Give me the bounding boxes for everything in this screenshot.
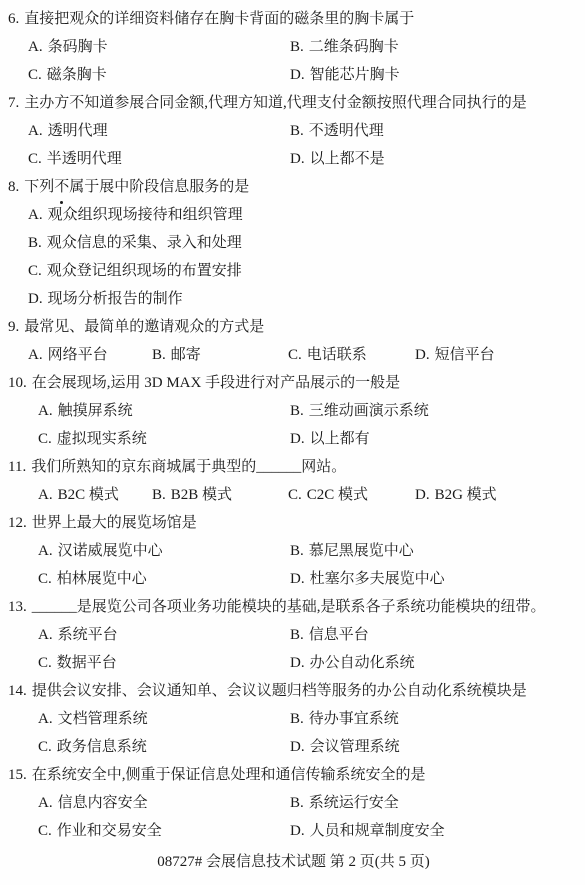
option-a: A.B2C 模式 [38, 481, 152, 509]
option-b-text: 系统运行安全 [309, 795, 399, 811]
option-c-text: 数据平台 [57, 655, 117, 671]
question-11-text: 我们所熟知的京东商城属于典型的______网站。 [31, 459, 346, 475]
option-c-text: 政务信息系统 [57, 739, 147, 755]
option-c-label: C. [38, 739, 52, 755]
question-13-options: A.系统平台 B.信息平台 C.数据平台 D.办公自动化系统 [8, 621, 579, 677]
option-c-label: C. [288, 347, 302, 363]
option-b-label: B. [290, 711, 304, 727]
option-b-text: 二维条码胸卡 [309, 39, 399, 55]
option-a: A.系统平台 [38, 621, 290, 649]
option-a-label: A. [38, 403, 53, 419]
exam-page: 6.直接把观众的详细资料储存在胸卡背面的磁条里的胸卡属于 A.条码胸卡 B.二维… [0, 0, 585, 876]
question-15: 15.在系统安全中,侧重于保证信息处理和通信传输系统安全的是 A.信息内容安全 … [8, 761, 579, 845]
option-c-label: C. [288, 487, 302, 503]
option-c: C.半透明代理 [28, 145, 290, 173]
option-d-text: B2G 模式 [435, 487, 497, 503]
option-d-text: 杜塞尔多夫展览中心 [310, 571, 445, 587]
question-12-number: 12. [8, 515, 27, 531]
option-c-text: C2C 模式 [307, 487, 368, 503]
option-a: A.汉诺威展览中心 [38, 537, 290, 565]
question-8-stem: 8.下列不属于展中阶段信息服务的是 [8, 173, 579, 201]
option-d-text: 会议管理系统 [310, 739, 400, 755]
option-b: B.慕尼黑展览中心 [290, 537, 579, 565]
option-c-label: C. [38, 431, 52, 447]
option-a-text: B2C 模式 [58, 487, 119, 503]
question-12: 12.世界上最大的展览场馆是 A.汉诺威展览中心 B.慕尼黑展览中心 C.柏林展… [8, 509, 579, 593]
option-d: D.以上都不是 [290, 145, 579, 173]
option-c-label: C. [28, 151, 42, 167]
question-10-stem: 10.在会展现场,运用 3D MAX 手段进行对产品展示的一般是 [8, 369, 579, 397]
option-a-label: A. [38, 487, 53, 503]
question-10-text: 在会展现场,运用 3D MAX 手段进行对产品展示的一般是 [32, 375, 400, 391]
question-8-emphasized-char: 不 [54, 173, 69, 201]
option-a-text: 观众组织现场接待和组织管理 [48, 207, 243, 223]
option-a-text: 系统平台 [58, 627, 118, 643]
option-c-text: 半透明代理 [47, 151, 122, 167]
question-11-number: 11. [8, 459, 26, 475]
option-a-text: 汉诺威展览中心 [58, 543, 163, 559]
question-11-stem: 11.我们所熟知的京东商城属于典型的______网站。 [8, 453, 579, 481]
option-b-text: 邮寄 [171, 347, 201, 363]
option-c: C.观众登记组织现场的布置安排 [28, 257, 579, 285]
option-b: B.邮寄 [152, 341, 288, 369]
question-10-number: 10. [8, 375, 27, 391]
question-14-text: 提供会议安排、会议通知单、会议议题归档等服务的办公自动化系统模块是 [32, 683, 527, 699]
option-c: C.柏林展览中心 [38, 565, 290, 593]
option-d-label: D. [290, 431, 305, 447]
option-d-text: 办公自动化系统 [310, 655, 415, 671]
option-d: D.人员和规章制度安全 [290, 817, 579, 845]
option-a-label: A. [38, 711, 53, 727]
option-a-label: A. [28, 207, 43, 223]
question-9-text: 最常见、最简单的邀请观众的方式是 [24, 319, 264, 335]
question-9: 9.最常见、最简单的邀请观众的方式是 A.网络平台 B.邮寄 C.电话联系 D.… [8, 313, 579, 369]
option-a-text: 触摸屏系统 [58, 403, 133, 419]
question-6: 6.直接把观众的详细资料储存在胸卡背面的磁条里的胸卡属于 A.条码胸卡 B.二维… [8, 5, 579, 89]
option-b: B.系统运行安全 [290, 789, 579, 817]
option-b: B.B2B 模式 [152, 481, 288, 509]
option-b-label: B. [290, 795, 304, 811]
option-b-text: 三维动画演示系统 [309, 403, 429, 419]
option-c-label: C. [38, 571, 52, 587]
option-a-label: A. [38, 543, 53, 559]
option-c: C.磁条胸卡 [28, 61, 290, 89]
question-14-number: 14. [8, 683, 27, 699]
question-13-stem: 13.______是展览公司各项业务功能模块的基础,是联系各子系统功能模块的纽带… [8, 593, 579, 621]
option-c: C.虚拟现实系统 [38, 425, 290, 453]
option-a-label: A. [38, 795, 53, 811]
option-b: B.待办事宜系统 [290, 705, 579, 733]
option-d: D.智能芯片胸卡 [290, 61, 579, 89]
question-14-options: A.文档管理系统 B.待办事宜系统 C.政务信息系统 D.会议管理系统 [8, 705, 579, 761]
option-c-text: 电话联系 [307, 347, 367, 363]
option-a: A.条码胸卡 [28, 33, 290, 61]
option-d-text: 以上都有 [310, 431, 370, 447]
option-c: C.作业和交易安全 [38, 817, 290, 845]
question-8: 8.下列不属于展中阶段信息服务的是 A.观众组织现场接待和组织管理 B.观众信息… [8, 173, 579, 313]
option-b-label: B. [28, 235, 42, 251]
option-d: D.会议管理系统 [290, 733, 579, 761]
option-d-text: 以上都不是 [310, 151, 385, 167]
question-15-options: A.信息内容安全 B.系统运行安全 C.作业和交易安全 D.人员和规章制度安全 [8, 789, 579, 845]
question-7-text: 主办方不知道参展合同金额,代理方知道,代理支付金额按照代理合同执行的是 [24, 95, 527, 111]
option-d-text: 人员和规章制度安全 [310, 823, 445, 839]
option-b-text: 观众信息的采集、录入和处理 [47, 235, 242, 251]
option-c-text: 柏林展览中心 [57, 571, 147, 587]
option-b-label: B. [290, 123, 304, 139]
option-b: B.观众信息的采集、录入和处理 [28, 229, 579, 257]
question-7: 7.主办方不知道参展合同金额,代理方知道,代理支付金额按照代理合同执行的是 A.… [8, 89, 579, 173]
option-c-text: 观众登记组织现场的布置安排 [47, 263, 242, 279]
question-6-text: 直接把观众的详细资料储存在胸卡背面的磁条里的胸卡属于 [24, 11, 414, 27]
option-d-label: D. [290, 739, 305, 755]
option-d-label: D. [290, 655, 305, 671]
question-8-number: 8. [8, 179, 19, 195]
question-11: 11.我们所熟知的京东商城属于典型的______网站。 A.B2C 模式 B.B… [8, 453, 579, 509]
option-c-text: 作业和交易安全 [57, 823, 162, 839]
option-a-label: A. [28, 39, 43, 55]
option-d: D.办公自动化系统 [290, 649, 579, 677]
option-b: B.三维动画演示系统 [290, 397, 579, 425]
question-8-options: A.观众组织现场接待和组织管理 B.观众信息的采集、录入和处理 C.观众登记组织… [8, 201, 579, 313]
question-6-stem: 6.直接把观众的详细资料储存在胸卡背面的磁条里的胸卡属于 [8, 5, 579, 33]
option-d: D.B2G 模式 [415, 481, 497, 509]
question-15-text: 在系统安全中,侧重于保证信息处理和通信传输系统安全的是 [32, 767, 426, 783]
option-c-text: 磁条胸卡 [47, 67, 107, 83]
option-a-label: A. [28, 123, 43, 139]
option-b: B.信息平台 [290, 621, 579, 649]
question-15-stem: 15.在系统安全中,侧重于保证信息处理和通信传输系统安全的是 [8, 761, 579, 789]
option-a: A.文档管理系统 [38, 705, 290, 733]
option-c-label: C. [38, 823, 52, 839]
question-9-stem: 9.最常见、最简单的邀请观众的方式是 [8, 313, 579, 341]
option-b-label: B. [152, 347, 166, 363]
option-d: D.现场分析报告的制作 [28, 285, 579, 313]
question-14-stem: 14.提供会议安排、会议通知单、会议议题归档等服务的办公自动化系统模块是 [8, 677, 579, 705]
option-d-text: 短信平台 [435, 347, 495, 363]
question-8-text-post: 属于展中阶段信息服务的是 [69, 179, 249, 195]
option-d-label: D. [290, 151, 305, 167]
question-11-options: A.B2C 模式 B.B2B 模式 C.C2C 模式 D.B2G 模式 [8, 481, 579, 509]
option-c: C.C2C 模式 [288, 481, 415, 509]
option-b-text: 待办事宜系统 [309, 711, 399, 727]
page-footer: 08727# 会展信息技术试题 第 2 页(共 5 页) [8, 848, 579, 876]
question-13-number: 13. [8, 599, 27, 615]
question-13: 13.______是展览公司各项业务功能模块的基础,是联系各子系统功能模块的纽带… [8, 593, 579, 677]
option-a-text: 信息内容安全 [58, 795, 148, 811]
option-a-text: 文档管理系统 [58, 711, 148, 727]
option-b: B.二维条码胸卡 [290, 33, 579, 61]
question-6-number: 6. [8, 11, 19, 27]
question-12-text: 世界上最大的展览场馆是 [32, 515, 197, 531]
option-d-label: D. [290, 67, 305, 83]
option-b-text: 信息平台 [309, 627, 369, 643]
option-b: B.不透明代理 [290, 117, 579, 145]
option-b-label: B. [290, 39, 304, 55]
option-d-label: D. [28, 291, 43, 307]
question-10: 10.在会展现场,运用 3D MAX 手段进行对产品展示的一般是 A.触摸屏系统… [8, 369, 579, 453]
question-8-text-pre: 下列 [24, 179, 54, 195]
option-d: D.杜塞尔多夫展览中心 [290, 565, 579, 593]
option-a-label: A. [38, 627, 53, 643]
question-7-number: 7. [8, 95, 19, 111]
option-d: D.短信平台 [415, 341, 495, 369]
option-b-label: B. [290, 543, 304, 559]
question-14: 14.提供会议安排、会议通知单、会议议题归档等服务的办公自动化系统模块是 A.文… [8, 677, 579, 761]
question-12-stem: 12.世界上最大的展览场馆是 [8, 509, 579, 537]
option-b-text: B2B 模式 [171, 487, 232, 503]
option-d-text: 现场分析报告的制作 [48, 291, 183, 307]
option-a-text: 条码胸卡 [48, 39, 108, 55]
option-c: C.政务信息系统 [38, 733, 290, 761]
question-13-text: ______是展览公司各项业务功能模块的基础,是联系各子系统功能模块的纽带。 [32, 599, 546, 615]
option-d-label: D. [290, 823, 305, 839]
question-6-options: A.条码胸卡 B.二维条码胸卡 C.磁条胸卡 D.智能芯片胸卡 [8, 33, 579, 89]
option-a-text: 网络平台 [48, 347, 108, 363]
option-a: A.信息内容安全 [38, 789, 290, 817]
option-c: C.数据平台 [38, 649, 290, 677]
option-c-text: 虚拟现实系统 [57, 431, 147, 447]
option-c-label: C. [28, 67, 42, 83]
option-b-label: B. [290, 627, 304, 643]
question-7-stem: 7.主办方不知道参展合同金额,代理方知道,代理支付金额按照代理合同执行的是 [8, 89, 579, 117]
option-a-label: A. [28, 347, 43, 363]
option-a: A.观众组织现场接待和组织管理 [28, 201, 579, 229]
option-b-label: B. [290, 403, 304, 419]
question-7-options: A.透明代理 B.不透明代理 C.半透明代理 D.以上都不是 [8, 117, 579, 173]
question-12-options: A.汉诺威展览中心 B.慕尼黑展览中心 C.柏林展览中心 D.杜塞尔多夫展览中心 [8, 537, 579, 593]
question-9-number: 9. [8, 319, 19, 335]
option-d: D.以上都有 [290, 425, 579, 453]
option-d-label: D. [415, 347, 430, 363]
option-b-text: 慕尼黑展览中心 [309, 543, 414, 559]
option-a: A.触摸屏系统 [38, 397, 290, 425]
option-c: C.电话联系 [288, 341, 415, 369]
option-b-text: 不透明代理 [309, 123, 384, 139]
question-10-options: A.触摸屏系统 B.三维动画演示系统 C.虚拟现实系统 D.以上都有 [8, 397, 579, 453]
question-9-options: A.网络平台 B.邮寄 C.电话联系 D.短信平台 [8, 341, 579, 369]
question-15-number: 15. [8, 767, 27, 783]
option-c-label: C. [28, 263, 42, 279]
option-d-label: D. [415, 487, 430, 503]
option-a-text: 透明代理 [48, 123, 108, 139]
option-b-label: B. [152, 487, 166, 503]
option-c-label: C. [38, 655, 52, 671]
option-d-label: D. [290, 571, 305, 587]
option-a: A.网络平台 [28, 341, 152, 369]
option-a: A.透明代理 [28, 117, 290, 145]
option-d-text: 智能芯片胸卡 [310, 67, 400, 83]
